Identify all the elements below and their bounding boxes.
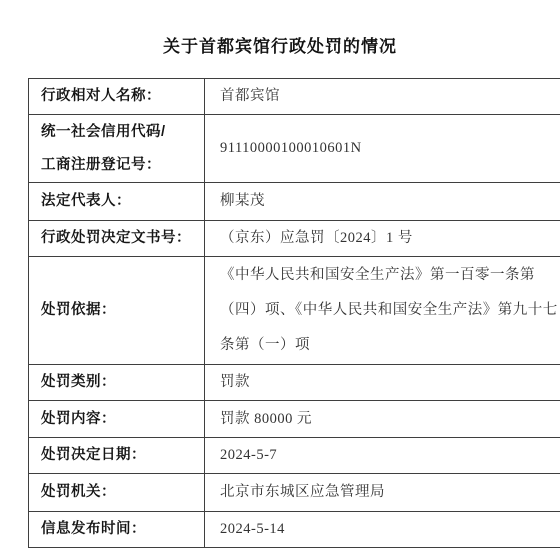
table-row-penalty-content: 处罚内容： 罚款 80000 元 [29,401,560,438]
row-label: 法定代表人： [29,183,205,221]
page-title: 关于首都宾馆行政处罚的情况 [0,0,560,57]
table-row-party-name: 行政相对人名称： 首都宾馆 [29,79,560,115]
penalty-info-table: 行政相对人名称： 首都宾馆 统一社会信用代码/ 工商注册登记号： 9111000… [28,78,560,548]
row-label: 处罚类别： [29,365,205,401]
row-value: 2024-5-14 [205,512,560,548]
row-value: 柳某茂 [205,183,560,221]
table-row-penalty-category: 处罚类别： 罚款 [29,365,560,401]
table-row-penalty-authority: 处罚机关： 北京市东城区应急管理局 [29,474,560,512]
row-value: 91110000100010601N [205,115,560,183]
row-value: 《中华人民共和国安全生产法》第一百零一条第（四）项、《中华人民共和国安全生产法》… [205,257,560,365]
row-label: 处罚机关： [29,474,205,512]
row-value: 2024-5-7 [205,438,560,474]
table-row-penalty-basis: 处罚依据： 《中华人民共和国安全生产法》第一百零一条第（四）项、《中华人民共和国… [29,257,560,365]
row-label: 行政相对人名称： [29,79,205,115]
table-row-legal-representative: 法定代表人： 柳某茂 [29,183,560,221]
row-label: 行政处罚决定文书号： [29,221,205,257]
row-value: （京东）应急罚〔2024〕1 号 [205,221,560,257]
table-row-decision-date: 处罚决定日期： 2024-5-7 [29,438,560,474]
row-label: 处罚依据： [29,257,205,365]
document-page: 关于首都宾馆行政处罚的情况 行政相对人名称： 首都宾馆 统一社会信用代码/ 工商… [0,0,560,554]
row-value: 北京市东城区应急管理局 [205,474,560,512]
table-row-credit-code: 统一社会信用代码/ 工商注册登记号： 91110000100010601N [29,115,560,183]
row-value: 罚款 80000 元 [205,401,560,438]
row-label: 处罚决定日期： [29,438,205,474]
row-value: 罚款 [205,365,560,401]
table-row-publish-date: 信息发布时间： 2024-5-14 [29,512,560,548]
row-label: 统一社会信用代码/ 工商注册登记号： [29,115,205,183]
row-label: 信息发布时间： [29,512,205,548]
row-value: 首都宾馆 [205,79,560,115]
table-row-decision-document-number: 行政处罚决定文书号： （京东）应急罚〔2024〕1 号 [29,221,560,257]
row-label: 处罚内容： [29,401,205,438]
